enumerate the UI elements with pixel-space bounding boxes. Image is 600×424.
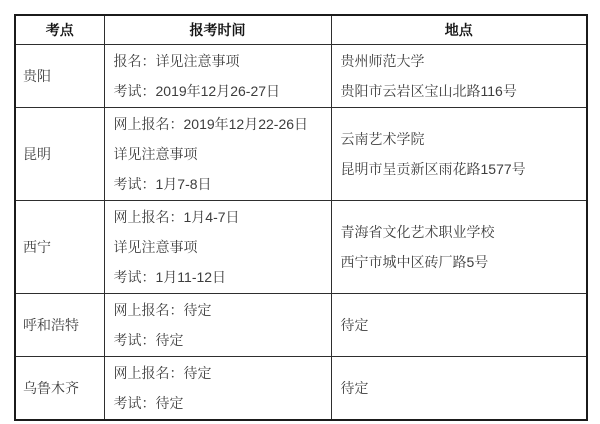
time-line: 考试：待定 xyxy=(114,388,330,418)
location-cell: 贵州师范大学 贵阳市云岩区宝山北路116号 xyxy=(331,44,587,107)
time-line: 网上报名：待定 xyxy=(114,358,330,388)
location-cell: 待定 xyxy=(331,293,587,356)
time-cell: 网上报名：2019年12月22-26日 详见注意事项 考试：1月7-8日 xyxy=(104,107,331,200)
table-row-guiyang: 贵阳 报名：详见注意事项 考试：2019年12月26-27日 贵州师范大学 贵阳… xyxy=(15,44,587,107)
location-cell: 云南艺术学院 昆明市呈贡新区雨花路1577号 xyxy=(331,107,587,200)
time-line: 考试：1月11-12日 xyxy=(114,262,330,292)
exam-schedule-table: 考点 报考时间 地点 贵阳 报名：详见注意事项 考试：2019年12月26-27… xyxy=(14,14,588,421)
location-line: 贵阳市云岩区宝山北路116号 xyxy=(341,76,586,106)
time-line: 网上报名：待定 xyxy=(114,295,330,325)
location-line: 青海省文化艺术职业学校 xyxy=(341,217,586,247)
location-line: 西宁市城中区砖厂路5号 xyxy=(341,247,586,277)
location-line: 云南艺术学院 xyxy=(341,124,586,154)
time-line: 网上报名：1月4-7日 xyxy=(114,202,330,232)
table-row-hohhot: 呼和浩特 网上报名：待定 考试：待定 待定 xyxy=(15,293,587,356)
location-line: 贵州师范大学 xyxy=(341,46,586,76)
header-time: 报考时间 xyxy=(104,15,331,44)
location-line: 昆明市呈贡新区雨花路1577号 xyxy=(341,154,586,184)
table-row-kunming: 昆明 网上报名：2019年12月22-26日 详见注意事项 考试：1月7-8日 … xyxy=(15,107,587,200)
time-line: 考试：1月7-8日 xyxy=(114,169,330,199)
table-row-urumqi: 乌鲁木齐 网上报名：待定 考试：待定 待定 xyxy=(15,356,587,420)
time-cell: 报名：详见注意事项 考试：2019年12月26-27日 xyxy=(104,44,331,107)
site-cell: 西宁 xyxy=(15,200,104,293)
site-cell: 乌鲁木齐 xyxy=(15,356,104,420)
page: 考点 报考时间 地点 贵阳 报名：详见注意事项 考试：2019年12月26-27… xyxy=(0,0,600,424)
time-line: 报名：详见注意事项 xyxy=(114,46,330,76)
site-cell: 呼和浩特 xyxy=(15,293,104,356)
time-line: 考试：待定 xyxy=(114,325,330,355)
time-line: 详见注意事项 xyxy=(114,232,330,262)
location-cell: 待定 xyxy=(331,356,587,420)
site-cell: 贵阳 xyxy=(15,44,104,107)
location-cell: 青海省文化艺术职业学校 西宁市城中区砖厂路5号 xyxy=(331,200,587,293)
time-cell: 网上报名：待定 考试：待定 xyxy=(104,356,331,420)
table-row-xining: 西宁 网上报名：1月4-7日 详见注意事项 考试：1月11-12日 青海省文化艺… xyxy=(15,200,587,293)
header-site: 考点 xyxy=(15,15,104,44)
time-line: 网上报名：2019年12月22-26日 xyxy=(114,109,330,139)
location-line: 待定 xyxy=(341,310,586,340)
location-line: 待定 xyxy=(341,373,586,403)
time-cell: 网上报名：待定 考试：待定 xyxy=(104,293,331,356)
time-cell: 网上报名：1月4-7日 详见注意事项 考试：1月11-12日 xyxy=(104,200,331,293)
site-cell: 昆明 xyxy=(15,107,104,200)
time-line: 考试：2019年12月26-27日 xyxy=(114,76,330,106)
header-location: 地点 xyxy=(331,15,587,44)
time-line: 详见注意事项 xyxy=(114,139,330,169)
table-header-row: 考点 报考时间 地点 xyxy=(15,15,587,44)
